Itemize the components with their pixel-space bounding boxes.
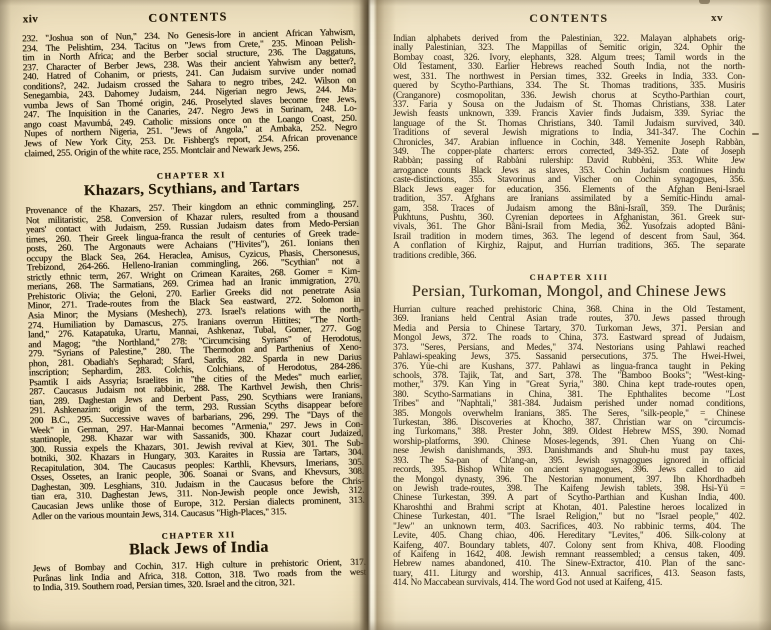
toc-line: traditions credible, 366. — [393, 252, 745, 261]
toc-line: 414. No Maccabean survivals, 414. The wo… — [393, 579, 745, 588]
page-left: xiv CONTENTS 232. "Joshua son of Nun," 2… — [0, 0, 371, 630]
chapter-13-title: Persian, Turkoman, Mongol, and Chinese J… — [393, 283, 745, 301]
toc-paragraph-chapter11: Provenance of the Khazars, 257. Their ki… — [25, 201, 364, 523]
page-left-content: xiv CONTENTS 232. "Joshua son of Nun," 2… — [21, 0, 367, 630]
toc-paragraph-chapter12: Jews of Bombay and Cochin, 317. High cul… — [33, 559, 367, 594]
running-head-left: CONTENTS — [22, 7, 355, 29]
page-right: xv CONTENTS Indian alphabets derived fro… — [371, 0, 771, 630]
running-head-right: CONTENTS — [393, 11, 745, 26]
toc-paragraph-chapter13: Hurrian culture reached prehistoric Chin… — [393, 306, 745, 589]
page-right-content: xv CONTENTS Indian alphabets derived fro… — [393, 0, 745, 630]
book-spread: xiv CONTENTS 232. "Joshua son of Nun," 2… — [0, 0, 771, 630]
toc-paragraph-chapter12-continuation: Indian alphabets derived from the Palest… — [393, 35, 745, 261]
toc-paragraph-chapter10-continuation: 232. "Joshua son of Nun," 234. No Genesi… — [22, 29, 357, 160]
chapter-13-label: CHAPTER XIII — [393, 272, 745, 282]
